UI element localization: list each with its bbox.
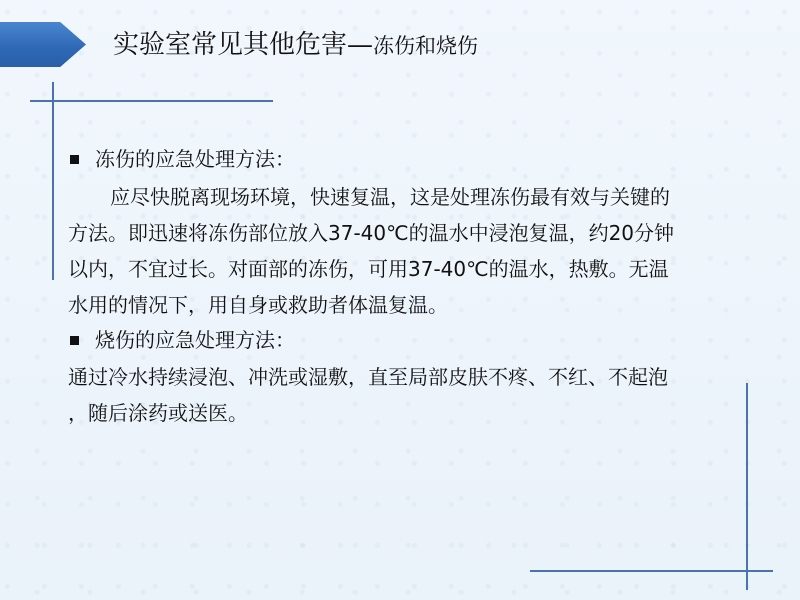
- frostbite-line-4: 水用的情况下，用自身或救助者体温复温。: [68, 288, 748, 322]
- decor-line-top-horizontal: [30, 100, 273, 102]
- square-bullet-icon: [70, 155, 79, 164]
- title-arrow-shape: [0, 22, 86, 67]
- square-bullet-icon: [70, 336, 79, 345]
- title-sub: 冻伤和烧伤: [373, 34, 478, 58]
- decor-line-top-vertical: [52, 82, 54, 280]
- frostbite-line-2: 方法。即迅速将冻伤部位放入37-40℃的温水中浸泡复温，约20分钟: [68, 216, 748, 250]
- section-heading-frostbite: 冻伤的应急处理方法：: [68, 140, 748, 178]
- heading-frostbite: 冻伤的应急处理方法：: [95, 142, 295, 176]
- heading-burn: 烧伤的应急处理方法：: [95, 323, 295, 357]
- slide-title: 实验室常见其他危害—冻伤和烧伤: [113, 27, 478, 64]
- title-main: 实验室常见其他危害—: [113, 30, 373, 60]
- slide-content: 冻伤的应急处理方法： 应尽快脱离现场环境，快速复温，这是处理冻伤最有效与关键的 …: [68, 140, 748, 430]
- burn-line-2: ，随后涂药或送医。: [68, 396, 748, 430]
- burn-line-1: 通过冷水持续浸泡、冲洗或湿敷，直至局部皮肤不疼、不红、不起泡: [68, 360, 748, 394]
- decor-line-bottom-horizontal: [530, 570, 773, 572]
- section-heading-burn: 烧伤的应急处理方法：: [68, 322, 748, 358]
- frostbite-line-3: 以内，不宜过长。对面部的冻伤，可用37-40℃的温水，热敷。无温: [68, 252, 748, 286]
- frostbite-line-1: 应尽快脱离现场环境，快速复温，这是处理冻伤最有效与关键的: [68, 180, 748, 214]
